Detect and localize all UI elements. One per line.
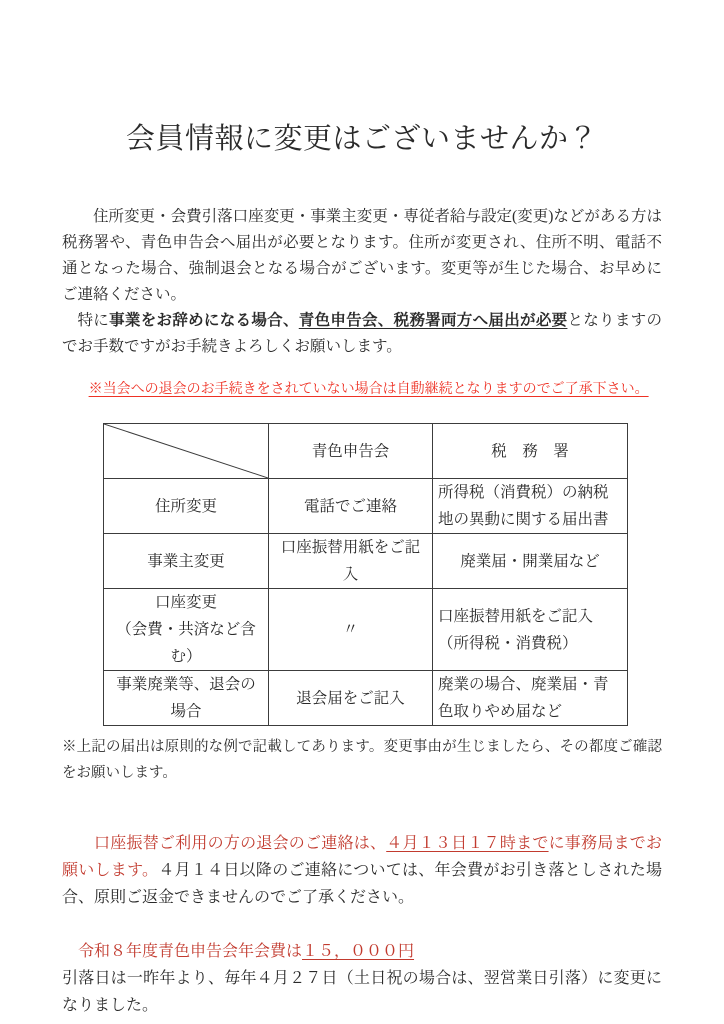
fee-detail: 引落日は一昨年より、毎年４月２７日（土日祝の場合は、翌営業日引落）に変更になりま… — [62, 965, 662, 1019]
row-label: 事業主変更 — [104, 534, 269, 589]
table-note: ※上記の届出は原則的な例で記載してあります。変更事由が生じましたら、その都度ご確… — [62, 734, 662, 786]
row-zeimusho-cell: 所得税（消費税）の納税 地の異動に関する届出書 — [433, 479, 628, 534]
row-aoiro-cell: 退会届をご記入 — [269, 671, 433, 726]
table-corner-cell — [104, 424, 269, 479]
row-label: 事業廃業等、退会の場合 — [104, 671, 269, 726]
table-row: 口座変更 （会費・共済など含む） 〃 口座振替用紙をご記入 （所得税・消費税） — [104, 589, 628, 671]
intro-paragraph-2: 特に事業をお辞めになる場合、青色申告会、税務署両方へ届出が必要となりますのでお手… — [62, 308, 662, 360]
page-title: 会員情報に変更はございませんか？ — [62, 116, 662, 157]
fee-section: 令和８年度青色申告会年会費は１５，０００円 引落日は一昨年より、毎年４月２７日（… — [62, 938, 662, 1019]
table-row: 住所変更 電話でご連絡 所得税（消費税）の納税 地の異動に関する届出書 — [104, 479, 628, 534]
notification-table: 青色申告会 税 務 署 住所変更 電話でご連絡 所得税（消費税）の納税 地の異動… — [103, 423, 628, 726]
table-header-row: 青色申告会 税 務 署 — [104, 424, 628, 479]
withdrawal-red-lead: 口座振替ご利用の方の退会のご連絡は、 — [94, 835, 386, 852]
row-aoiro-cell: 電話でご連絡 — [269, 479, 433, 534]
withdrawal-deadline: ４月１３日１７時まで — [386, 835, 548, 852]
row-label: 住所変更 — [104, 479, 269, 534]
table-header-zeimusho: 税 務 署 — [433, 424, 628, 479]
table-row: 事業主変更 口座振替用紙をご記入 廃業届・開業届など — [104, 534, 628, 589]
auto-renewal-notice: ※当会への退会のお手続きをされていない場合は自動継続となりますのでご了承下さい。 — [62, 379, 662, 401]
intro-paragraph-1: 住所変更・会費引落口座変更・事業主変更・専従者給与設定(変更)などがある方は税務… — [62, 204, 662, 308]
document-page: 会員情報に変更はございませんか？ 住所変更・会費引落口座変更・事業主変更・専従者… — [0, 0, 724, 1024]
fee-amount: １５，０００円 — [302, 943, 414, 960]
row-zeimusho-cell: 廃業届・開業届など — [433, 534, 628, 589]
row-zeimusho-cell: 廃業の場合、廃業届・青 色取りやめ届など — [433, 671, 628, 726]
withdrawal-paragraph: 口座振替ご利用の方の退会のご連絡は、４月１３日１７時までに事務局までお願いします… — [62, 830, 662, 911]
row-aoiro-cell: 口座振替用紙をご記入 — [269, 534, 433, 589]
diagonal-line — [104, 424, 268, 478]
fee-heading: 令和８年度青色申告会年会費は１５，０００円 — [62, 938, 662, 965]
table-header-aoiro: 青色申告会 — [269, 424, 433, 479]
table-row: 事業廃業等、退会の場合 退会届をご記入 廃業の場合、廃業届・青 色取りやめ届など — [104, 671, 628, 726]
intro-p2-bold-underline: 青色申告会、税務署両方へ届出が必要 — [299, 312, 568, 329]
auto-renewal-notice-text: ※当会への退会のお手続きをされていない場合は自動継続となりますのでご了承下さい。 — [89, 382, 649, 397]
fee-red-lead: 令和８年度青色申告会年会費は — [78, 943, 302, 960]
intro-p2-prefix: 特に — [78, 312, 110, 329]
row-label: 口座変更 （会費・共済など含む） — [104, 589, 269, 671]
row-aoiro-cell: 〃 — [269, 589, 433, 671]
row-zeimusho-cell: 口座振替用紙をご記入 （所得税・消費税） — [433, 589, 628, 671]
intro-section: 住所変更・会費引落口座変更・事業主変更・専従者給与設定(変更)などがある方は税務… — [62, 204, 662, 360]
intro-p2-bold: 事業をお辞めになる場合、 — [109, 312, 299, 329]
